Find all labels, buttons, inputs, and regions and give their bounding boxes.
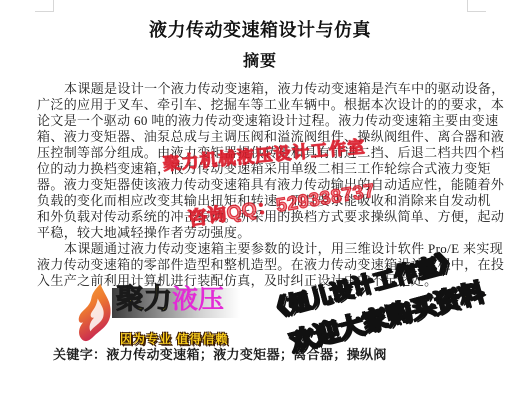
document-title: 液力传动变速箱设计与仿真: [0, 16, 520, 42]
flame-icon: [76, 282, 114, 351]
logo-brand-part2: 液压: [172, 284, 224, 314]
logo-brand-text: 聚力液压: [116, 285, 224, 313]
logo-slogan: 因为专业 值得信赖: [120, 330, 228, 347]
margin-mark-top-right: [467, 0, 486, 12]
abstract-heading: 摘要: [0, 48, 520, 71]
document-page: 液力传动变速箱设计与仿真 摘要 本课题是设计一个液力传动变速箱，液力传动变速箱是…: [0, 0, 520, 418]
margin-mark-top-left: [35, 0, 54, 12]
juli-hydraulic-logo: 聚力液压 因为专业 值得信赖: [76, 282, 266, 348]
logo-brand-part1: 聚力: [116, 283, 172, 314]
